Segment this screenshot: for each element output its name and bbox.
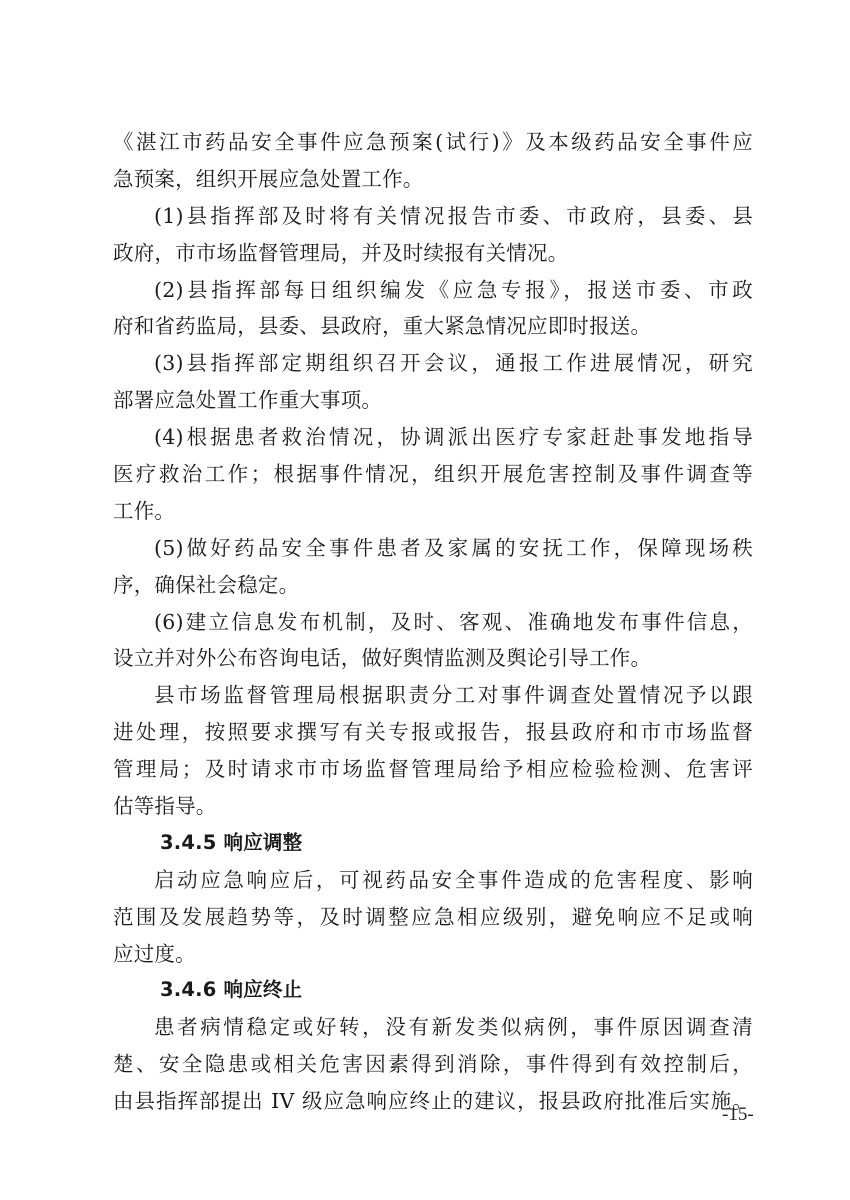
paragraph-line: 楚、安全隐患或相关危害因素得到消除，事件得到有效控制后， <box>113 1046 753 1083</box>
paragraph-line: 府和省药监局，县委、县政府，重大紧急情况应即时报送。 <box>113 308 753 345</box>
paragraph-start: 县市场监督管理局根据职责分工对事件调查处置情况予以跟 <box>113 677 753 714</box>
list-item-3: (3)县指挥部定期组织召开会议，通报工作进展情况，研究 <box>113 345 753 382</box>
section-heading-3-4-5: 3.4.5 响应调整 <box>113 825 753 862</box>
section-heading-3-4-6: 3.4.6 响应终止 <box>113 972 753 1009</box>
paragraph-line: 估等指导。 <box>113 788 753 825</box>
list-item-1: (1)县指挥部及时将有关情况报告市委、市政府，县委、县 <box>113 198 753 235</box>
paragraph-line: 范围及发展趋势等，及时调整应急相应级别，避免响应不足或响 <box>113 899 753 936</box>
list-item-2: (2)县指挥部每日组织编发《应急专报》，报送市委、市政 <box>113 272 753 309</box>
paragraph-line: 序，确保社会稳定。 <box>113 567 753 604</box>
paragraph-line: 工作。 <box>113 493 753 530</box>
paragraph-line: 由县指挥部提出 IV 级应急响应终止的建议，报县政府批准后实施。 <box>113 1083 753 1120</box>
paragraph-line: 管理局；及时请求市市场监督管理局给予相应检验检测、危害评 <box>113 751 753 788</box>
paragraph-line: 部署应急处置工作重大事项。 <box>113 382 753 419</box>
list-item-4: (4)根据患者救治情况，协调派出医疗专家赶赴事发地指导 <box>113 419 753 456</box>
page-number: -15- <box>722 1104 754 1126</box>
paragraph-line: 《湛江市药品安全事件应急预案(试行)》及本级药品安全事件应 <box>113 124 753 161</box>
paragraph-line: 急预案，组织开展应急处置工作。 <box>113 161 753 198</box>
paragraph-line: 进处理，按照要求撰写有关专报或报告，报县政府和市市场监督 <box>113 714 753 751</box>
paragraph-start: 患者病情稳定或好转，没有新发类似病例，事件原因调查清 <box>113 1009 753 1046</box>
list-item-5: (5)做好药品安全事件患者及家属的安抚工作，保障现场秩 <box>113 530 753 567</box>
paragraph-line: 医疗救治工作；根据事件情况，组织开展危害控制及事件调查等 <box>113 456 753 493</box>
paragraph-line: 设立并对外公布咨询电话，做好舆情监测及舆论引导工作。 <box>113 640 753 677</box>
document-page: 《湛江市药品安全事件应急预案(试行)》及本级药品安全事件应 急预案，组织开展应急… <box>113 124 753 1120</box>
paragraph-line: 应过度。 <box>113 936 753 973</box>
paragraph-start: 启动应急响应后，可视药品安全事件造成的危害程度、影响 <box>113 862 753 899</box>
paragraph-line: 政府，市市场监督管理局，并及时续报有关情况。 <box>113 235 753 272</box>
list-item-6: (6)建立信息发布机制，及时、客观、准确地发布事件信息， <box>113 604 753 641</box>
